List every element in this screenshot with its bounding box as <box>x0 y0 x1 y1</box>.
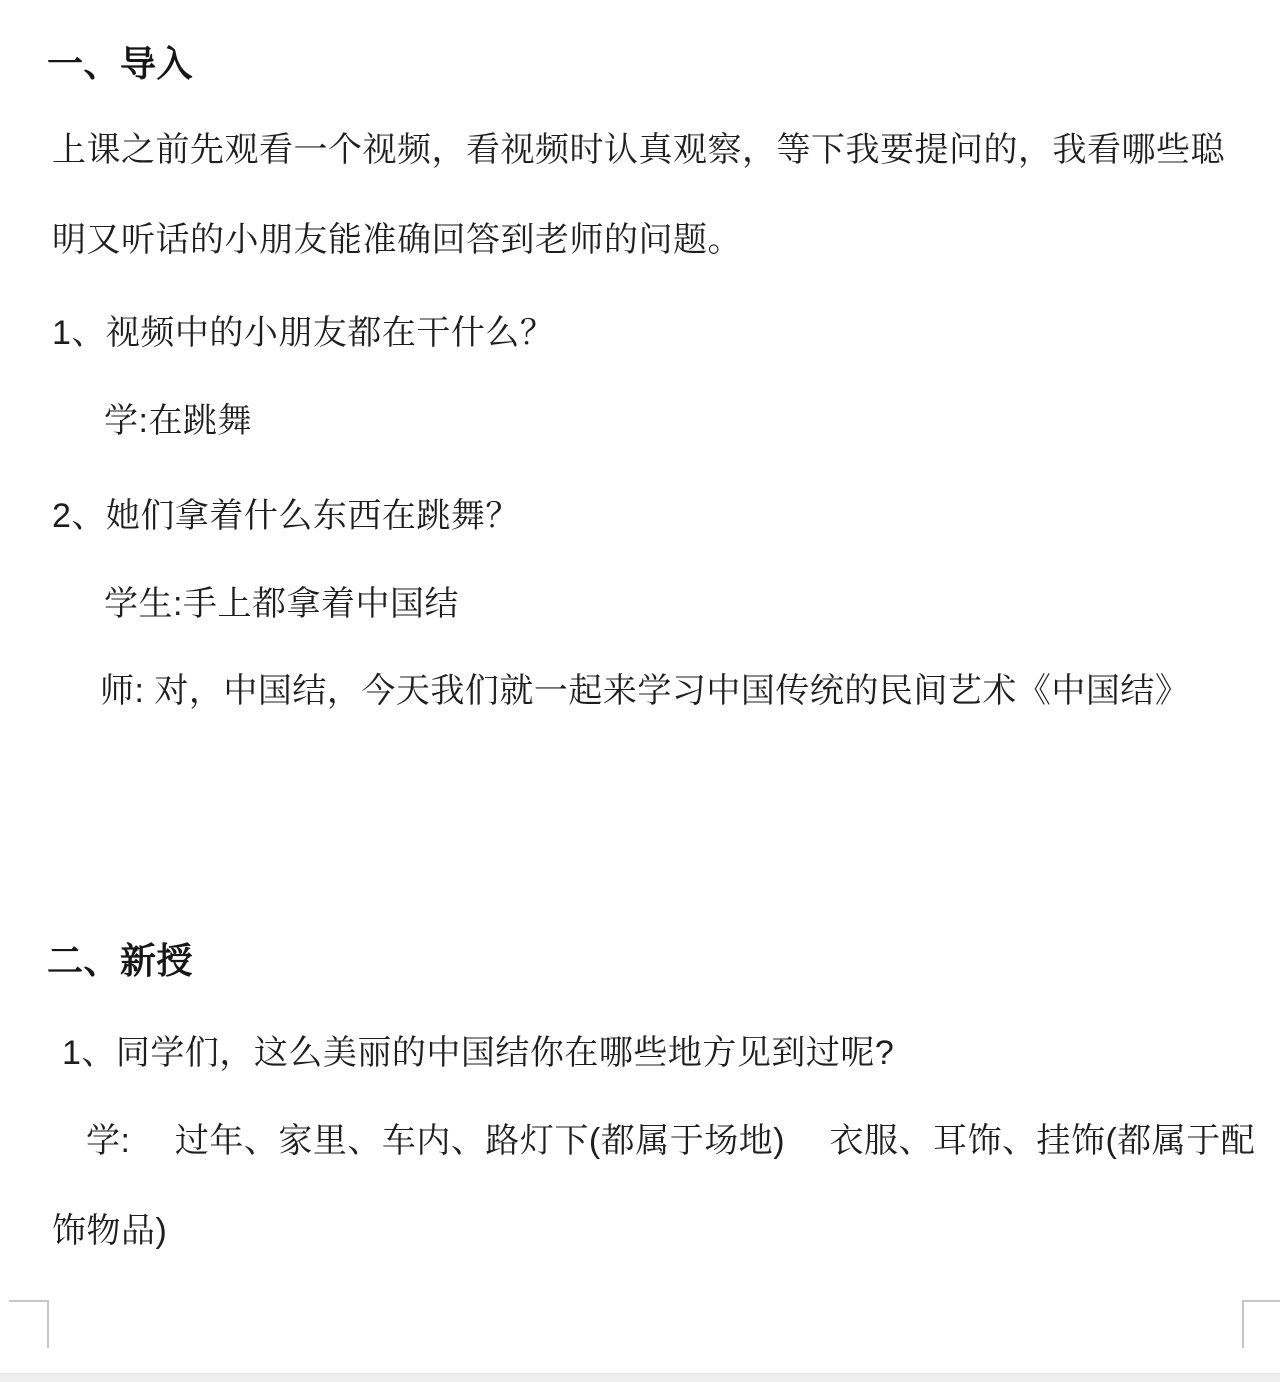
student-answer-1: 学:在跳舞 <box>104 401 252 441</box>
question-1: 1、视频中的小朋友都在干什么？ <box>52 313 554 353</box>
question-3: 1、同学们，这么美丽的中国结你在哪些地方见到过呢? <box>62 1033 894 1073</box>
section-heading-xinshou: 二、新授 <box>47 941 193 981</box>
student-answer-2: 学生:手上都拿着中国结 <box>104 584 459 624</box>
question-2: 2、她们拿着什么东西在跳舞？ <box>52 496 520 536</box>
intro-paragraph-line-2: 明又听话的小朋友能准确回答到老师的问题。 <box>52 220 742 260</box>
text-boundary-mark-bottom-left <box>9 1300 49 1348</box>
student-answer-3-line-1: 学: 过年、家里、车内、路灯下(都属于场地) 衣服、耳饰、挂饰(都属于配 <box>86 1121 1255 1161</box>
text-boundary-mark-bottom-right <box>1242 1300 1280 1348</box>
section-heading-daoru: 一、导入 <box>47 44 193 84</box>
teacher-response: 师: 对，中国结，今天我们就一起来学习中国传统的民间艺术《中国结》 <box>100 671 1189 711</box>
intro-paragraph-line-1: 上课之前先观看一个视频，看视频时认真观察，等下我要提问的，我看哪些聪 <box>52 130 1225 170</box>
student-answer-3-line-2: 饰物品) <box>52 1211 167 1251</box>
page-bottom-edge <box>0 1373 1280 1382</box>
lesson-plan-document-page: 一、导入 上课之前先观看一个视频，看视频时认真观察，等下我要提问的，我看哪些聪 … <box>0 0 1280 1382</box>
